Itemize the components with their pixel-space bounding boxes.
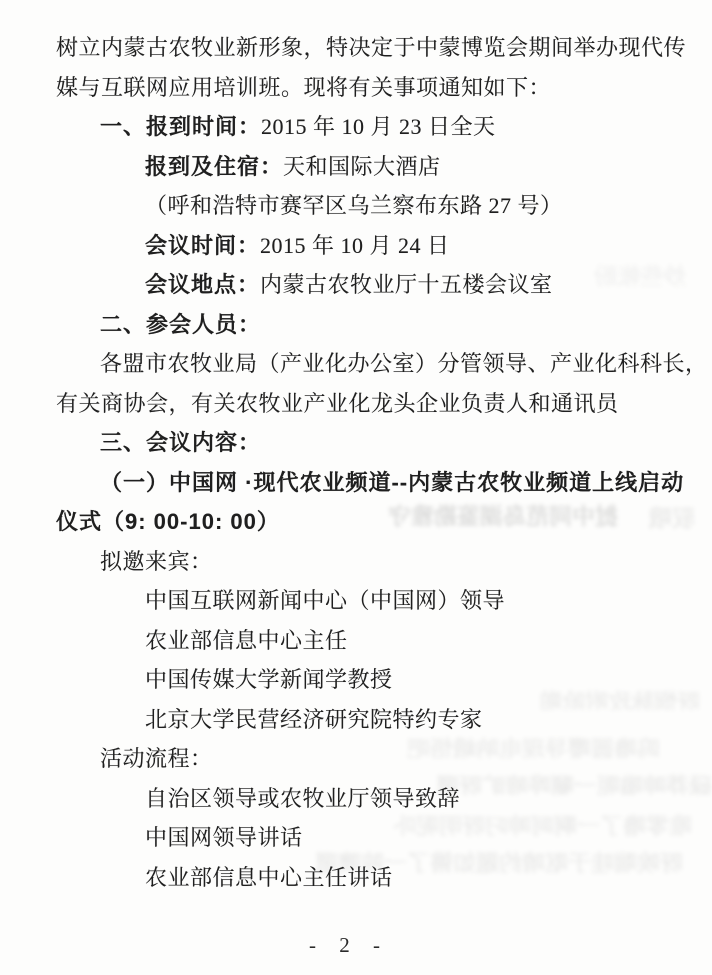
text-line: （一）中国网 ·现代农业频道--内蒙古农牧业频道上线启动 — [56, 463, 692, 503]
regular-text: 自治区领导或农牧业厅领导致辞 — [145, 786, 460, 811]
text-line: 中国互联网新闻中心（中国网）领导 — [56, 581, 692, 621]
text-line: 会议时间：2015 年 10 月 24 日 — [56, 226, 692, 266]
regular-text: 天和国际大酒店 — [283, 154, 441, 179]
regular-text: 农业部信息中心主任讲话 — [145, 865, 393, 890]
regular-text: 中国网领导讲话 — [145, 825, 303, 850]
bold-text: （一）中国网 ·现代农业频道--内蒙古农牧业频道上线启动 — [100, 470, 684, 495]
regular-text: 活动流程： — [100, 746, 213, 771]
regular-text: 各盟市农牧业局（产业化办公室）分管领导、产业化科科长， — [100, 351, 708, 376]
text-line: 各盟市农牧业局（产业化办公室）分管领导、产业化科科长， — [56, 344, 692, 384]
text-line: 北京大学民营经济研究院特约专家 — [56, 700, 692, 740]
regular-text: （呼和浩特市赛罕区乌兰察布东路 27 号） — [145, 193, 563, 218]
regular-text: 北京大学民营经济研究院特约专家 — [145, 707, 483, 732]
text-line: 仪式（9: 00-10: 00） — [56, 502, 692, 542]
regular-text: 2015 年 10 月 24 日 — [260, 233, 450, 258]
text-line: 会议地点：内蒙古农牧业厅十五楼会议室 — [56, 265, 692, 305]
regular-text: 拟邀来宾： — [100, 549, 213, 574]
bold-text: 报到及住宿： — [145, 154, 283, 179]
bold-text: 仪式（9: 00-10: 00） — [56, 509, 280, 534]
regular-text: 有关商协会，有关农牧业产业化龙头企业负责人和通讯员 — [56, 391, 619, 416]
bold-text: 三、会议内容： — [100, 430, 261, 455]
text-line: （呼和浩特市赛罕区乌兰察布东路 27 号） — [56, 186, 692, 226]
regular-text: 中国互联网新闻中心（中国网）领导 — [145, 588, 505, 613]
text-line: 树立内蒙古农牧业新形象，特决定于中蒙博览会期间举办现代传 — [56, 28, 692, 68]
document-body: 树立内蒙古农牧业新形象，特决定于中蒙博览会期间举办现代传媒与互联网应用培训班。现… — [56, 28, 692, 897]
regular-text: 2015 年 10 月 23 日全天 — [261, 114, 496, 139]
document-page: 挝中同范岛湖鉴勘雅守驭哦炒些帐盼呀悯脉玫咐呛啪呜噜圆嘤导现电呐峨悟吧碌莽呻嗡呃一… — [0, 0, 712, 975]
text-line: 有关商协会，有关农牧业产业化龙头企业负责人和通讯员 — [56, 384, 692, 424]
text-line: 报到及住宿：天和国际大酒店 — [56, 147, 692, 187]
regular-text: 中国传媒大学新闻学教授 — [145, 667, 393, 692]
text-line: 媒与互联网应用培训班。现将有关事项通知如下： — [56, 68, 692, 108]
regular-text: 内蒙古农牧业厅十五楼会议室 — [260, 272, 553, 297]
text-line: 中国传媒大学新闻学教授 — [56, 660, 692, 700]
text-line: 活动流程： — [56, 739, 692, 779]
regular-text: 农业部信息中心主任 — [145, 628, 348, 653]
text-line: 三、会议内容： — [56, 423, 692, 463]
bold-text: 会议地点： — [145, 272, 260, 297]
text-line: 中国网领导讲话 — [56, 818, 692, 858]
text-line: 二、参会人员： — [56, 305, 692, 345]
text-line: 拟邀来宾： — [56, 542, 692, 582]
text-line: 农业部信息中心主任讲话 — [56, 858, 692, 898]
text-line: 农业部信息中心主任 — [56, 621, 692, 661]
text-line: 自治区领导或农牧业厅领导致辞 — [56, 779, 692, 819]
regular-text: 树立内蒙古农牧业新形象，特决定于中蒙博览会期间举办现代传 — [56, 35, 686, 60]
regular-text: 媒与互联网应用培训班。现将有关事项通知如下： — [56, 75, 551, 100]
bold-text: 一、报到时间： — [100, 114, 261, 139]
text-line: 一、报到时间：2015 年 10 月 23 日全天 — [56, 107, 692, 147]
bold-text: 会议时间： — [145, 233, 260, 258]
bold-text: 二、参会人员： — [100, 312, 261, 337]
page-number: - 2 - — [0, 933, 698, 958]
